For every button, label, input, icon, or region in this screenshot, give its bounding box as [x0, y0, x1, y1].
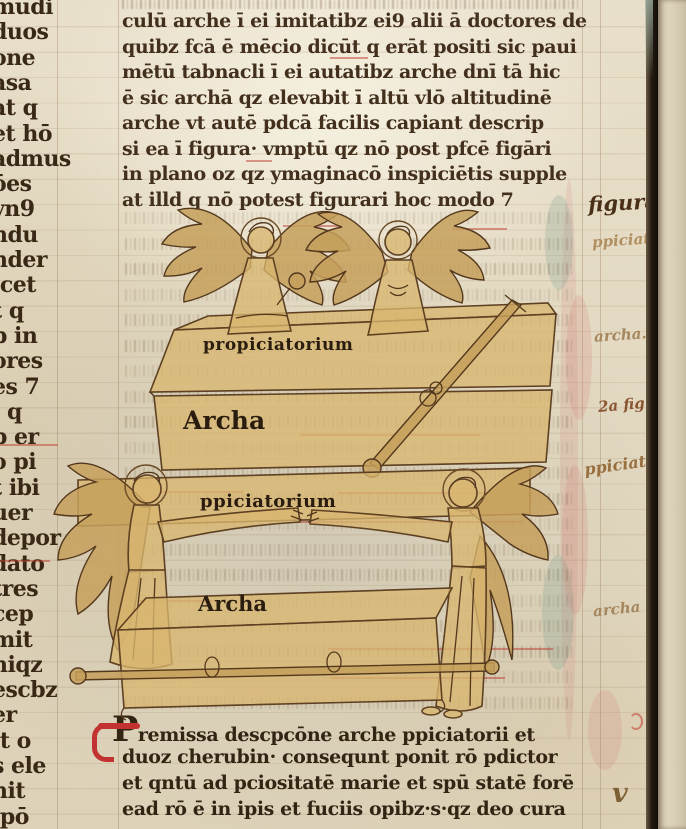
left-column-fragment: t ibi	[0, 475, 39, 501]
showthrough-row	[125, 620, 575, 632]
manuscript-photo: mudiduosoneasaat qet hōadmusōesvn9ndunde…	[0, 0, 686, 829]
left-column-fragment: mudi	[0, 0, 53, 20]
red-accent-line	[452, 228, 507, 230]
showthrough-row	[125, 697, 575, 709]
left-column-fragment: ndu	[0, 222, 38, 248]
text-line: Premissa descpcōne arche ppiciatorii et	[112, 720, 535, 746]
left-column-fragment: asa	[0, 70, 31, 96]
left-column-fragment: es 7	[0, 374, 39, 400]
text-line: ē sic archā qz elevabit ī altū vlō altit…	[122, 87, 551, 109]
red-accent-line	[298, 521, 523, 523]
red-accent-line	[0, 560, 50, 562]
showthrough-row	[125, 340, 575, 352]
left-column-fragment: nder	[0, 247, 47, 273]
left-column-fragment: er	[0, 702, 17, 728]
left-column-fragment: t q	[0, 298, 24, 324]
left-column-fragment: uer	[0, 500, 32, 526]
red-accent-line	[0, 444, 58, 446]
text-line: si ea ī figura· vmptū qz nō post pfcē fi…	[122, 138, 551, 160]
page-edge-top-tint	[645, 0, 653, 78]
left-column-fragment: one	[0, 45, 35, 71]
left-column-fragment: niqz	[0, 652, 42, 678]
text-line: duoz cherubin· consequnt ponit rō pdicto…	[122, 746, 557, 768]
left-column-fragment: duos	[0, 19, 48, 45]
clipped-text-row	[122, 0, 578, 9]
text-line: at illd q nō potest figurari hoc modo 7	[122, 189, 513, 211]
showthrough-row	[125, 569, 575, 581]
showthrough-row	[125, 314, 575, 326]
left-column-fragment: ores	[0, 348, 43, 374]
left-column-fragment: it o	[0, 728, 31, 754]
left-column-fragment: l q	[0, 399, 22, 425]
rubric-paragraph-bar	[98, 723, 140, 729]
left-column-fragment: cep	[0, 601, 33, 627]
left-column-fragment: icet	[0, 272, 36, 298]
red-margin-squiggle	[629, 713, 643, 730]
showthrough-row	[125, 238, 575, 250]
red-accent-line	[246, 160, 272, 162]
red-accent-line	[300, 434, 480, 436]
left-column-fragment: p in	[0, 323, 37, 349]
left-column-fragment: ipō	[0, 804, 29, 829]
red-accent-line	[283, 225, 341, 227]
showthrough-row	[125, 493, 575, 505]
text-line: arche vt autē pdcā facilis capiant descr…	[122, 112, 544, 134]
red-accent-line	[338, 492, 533, 494]
showthrough-row	[125, 416, 575, 428]
left-column-fragment: at q	[0, 95, 37, 121]
showthrough-row	[125, 212, 575, 224]
left-column-fragment: admus	[0, 146, 71, 172]
left-column-fragment: vn9	[0, 196, 35, 222]
showthrough-row	[125, 391, 575, 403]
page-edge	[646, 0, 658, 829]
ruling-vertical-2	[118, 0, 119, 829]
text-line: ead rō ē in ipis et fuciis opibz·s·qz de…	[122, 798, 566, 820]
left-column-fragment: o pi	[0, 449, 36, 475]
left-column-fragment: tres	[0, 576, 38, 602]
left-column-fragment: et hō	[0, 121, 52, 147]
left-column-fragment: ōes	[0, 171, 32, 197]
showthrough-row	[125, 263, 575, 275]
left-column-fragment: dato	[0, 551, 44, 577]
showthrough-row	[125, 365, 575, 377]
red-accent-line	[158, 491, 243, 493]
ruling-vertical-1	[57, 0, 58, 829]
red-accent-line	[138, 600, 218, 602]
text-line: et qntū ad pciositatē marie et spū statē…	[122, 772, 574, 794]
text-line: culū arche ī ei imitatibz ei9 alii ā doc…	[122, 10, 587, 32]
showthrough-row	[125, 518, 575, 530]
left-column-fragment: nit	[0, 778, 25, 804]
left-column-fragment: s ele	[0, 753, 46, 779]
showthrough-row	[125, 289, 575, 301]
text-line: in plano oz qz ymaginacō inspiciētis sup…	[122, 163, 567, 185]
text-line: mētū tabnacli ī ei autatibz arche dnī tā…	[122, 61, 560, 83]
red-accent-line	[328, 648, 553, 650]
ruling-vertical-3	[582, 0, 583, 829]
showthrough-row	[125, 544, 575, 556]
showthrough-row	[125, 467, 575, 479]
left-column-fragment: escbz	[0, 677, 57, 703]
margin-note: archa.	[593, 324, 647, 346]
left-column-fragment: depor	[0, 525, 61, 551]
red-accent-line	[330, 57, 368, 59]
left-column-fragment: p er	[0, 424, 39, 450]
quire-signature: v	[612, 778, 628, 809]
red-accent-line	[330, 677, 505, 679]
left-column-fragment: mit	[0, 627, 32, 653]
adjacent-page-edge	[658, 0, 686, 829]
showthrough-row	[125, 442, 575, 454]
text-line: quibz fcā ē mēcio dicūt q erāt positi si…	[122, 36, 576, 58]
